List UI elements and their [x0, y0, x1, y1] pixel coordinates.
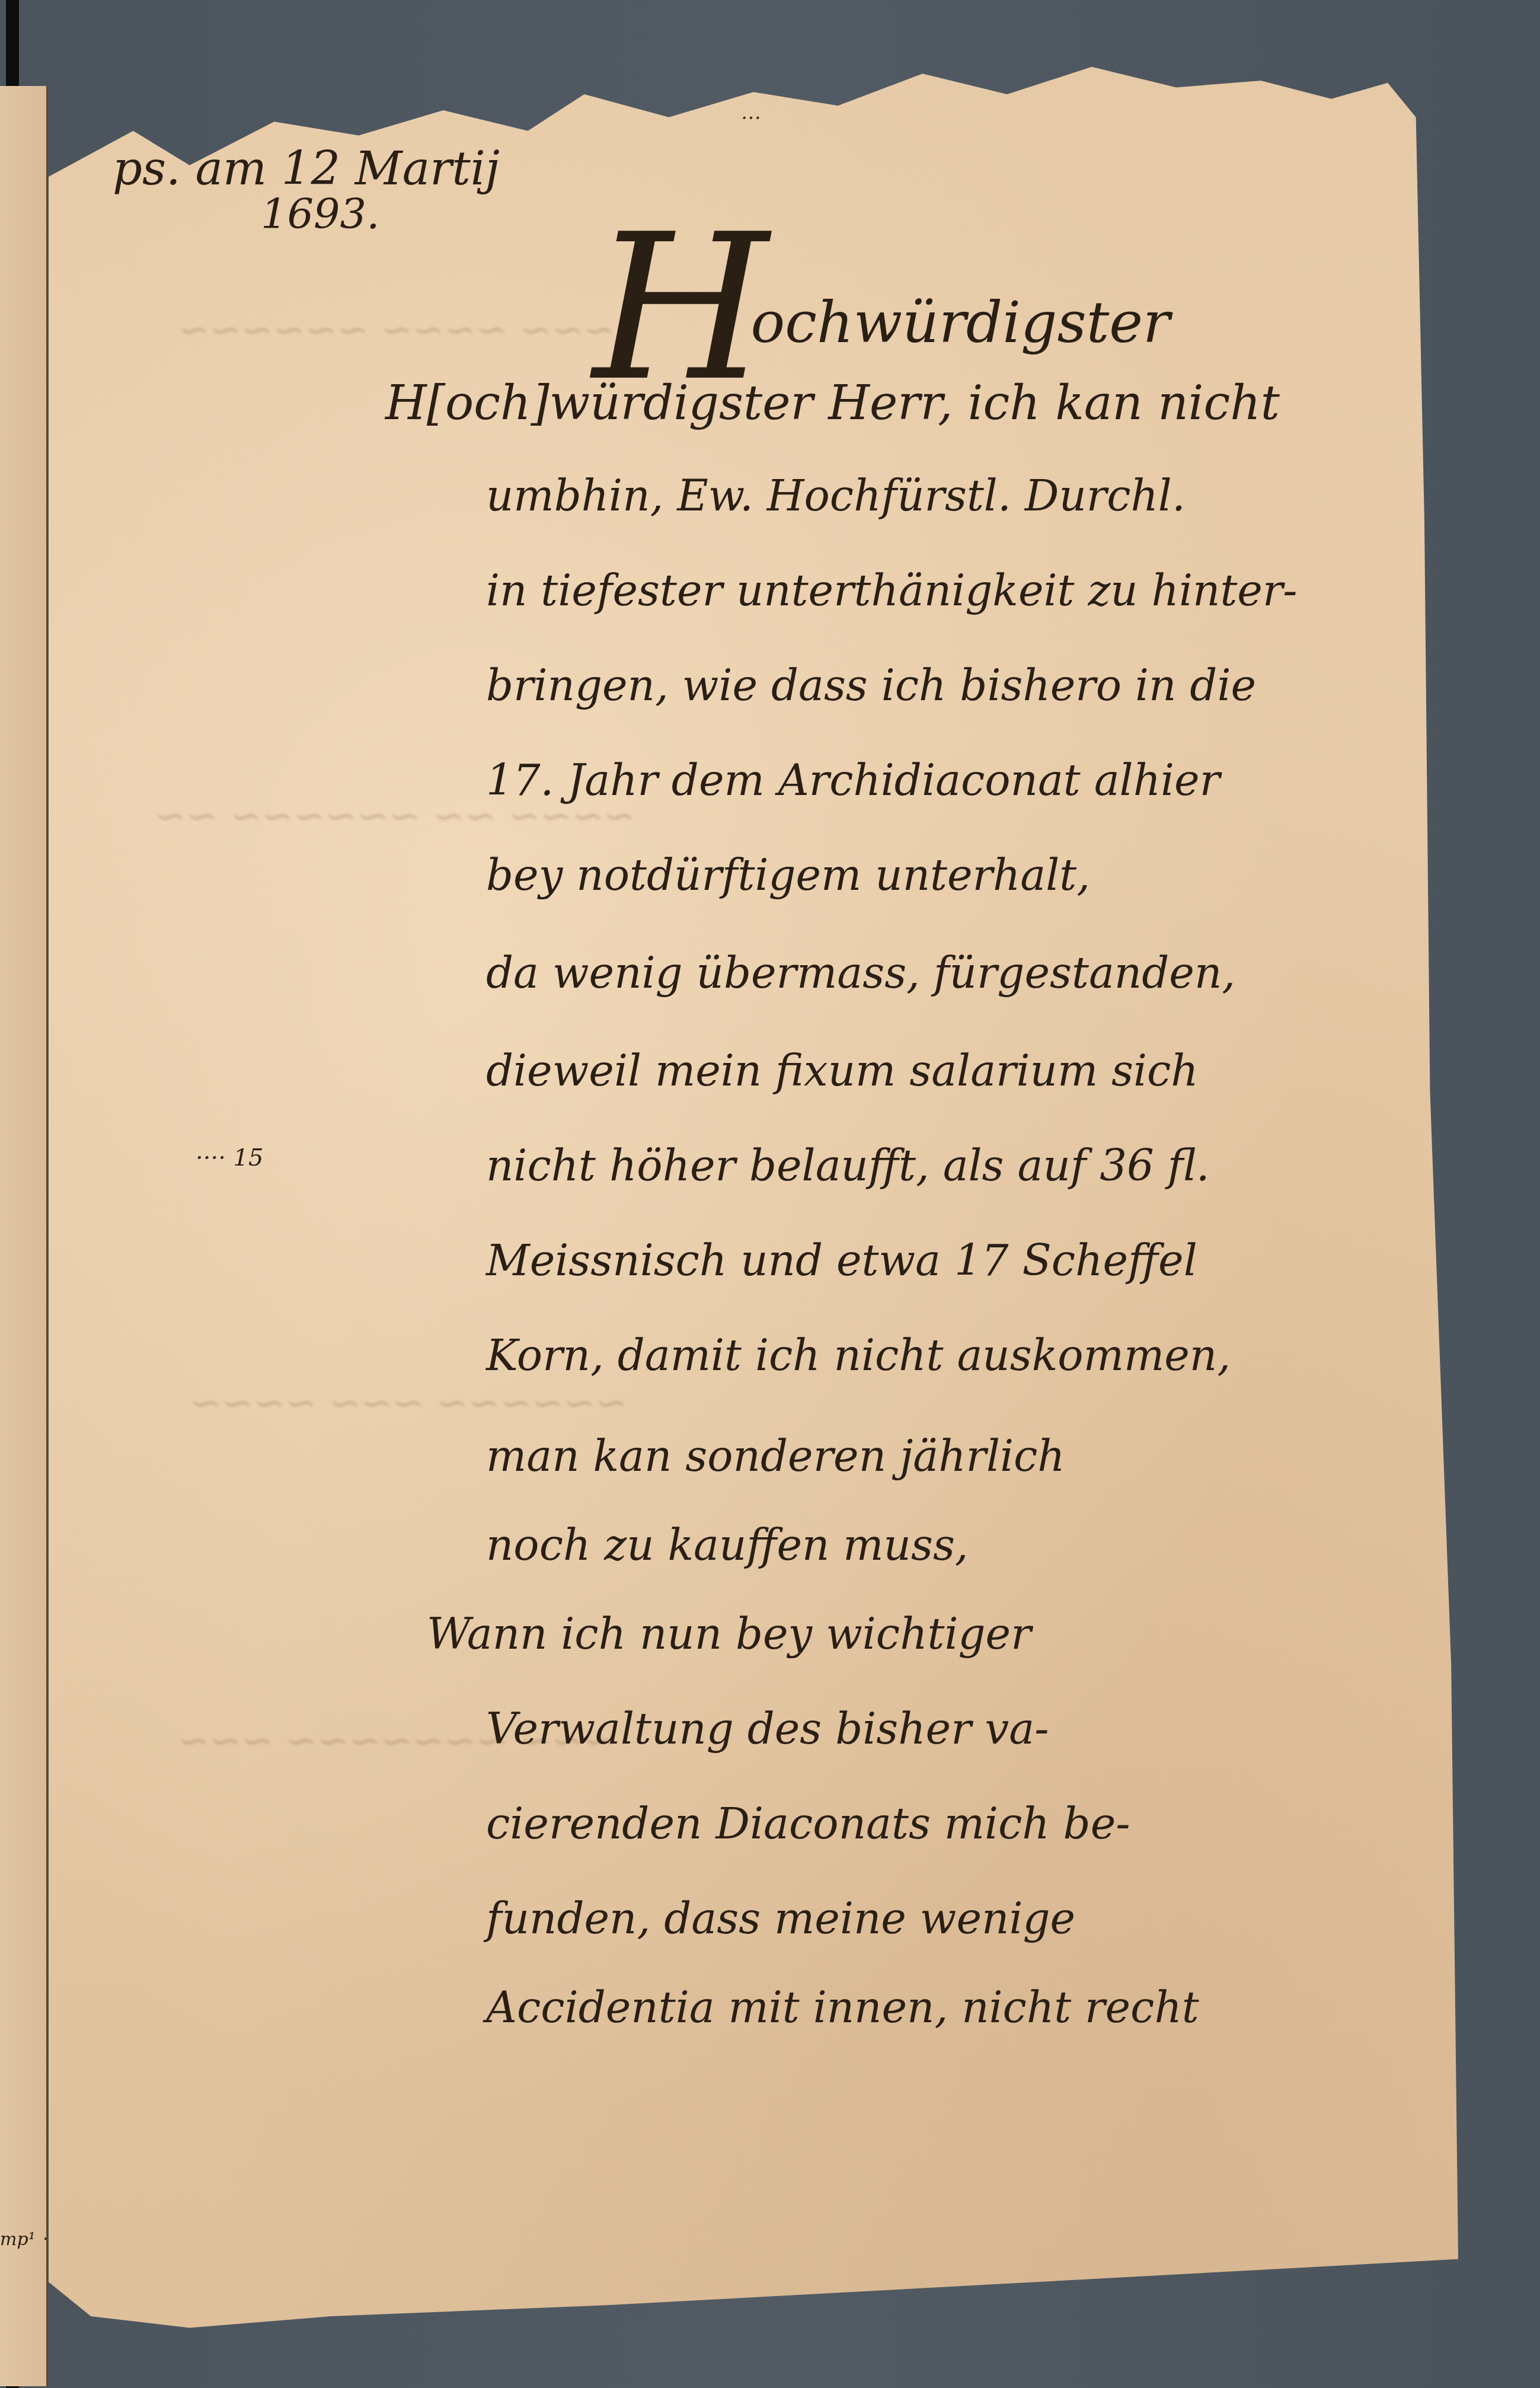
- letter-line: da wenig übermass, fürgestanden,: [486, 952, 1235, 994]
- letter-line: Wann ich nun bey wichtiger: [427, 1613, 1031, 1655]
- letter-line: bringen, wie dass ich bishero in die: [486, 664, 1256, 707]
- letter-line: funden, dass meine wenige: [486, 1897, 1075, 1940]
- top-mark: …: [741, 101, 761, 124]
- margin-mark: ···· 15: [196, 1144, 263, 1171]
- receipt-note-year: 1693.: [261, 190, 379, 238]
- letter-line: Accidentia mit innen, nicht recht: [486, 1986, 1199, 2029]
- receipt-note-date: ps. am 12 Martij: [113, 142, 500, 196]
- letter-line: 17. Jahr dem Archidiaconat alhier: [486, 759, 1220, 802]
- letter-line: Meissnisch und etwa 17 Scheffel: [486, 1239, 1197, 1282]
- previous-page-edge: [0, 86, 48, 2386]
- letter-line: noch zu kauffen muss,: [486, 1524, 969, 1566]
- letter-line: in tiefester unterthänigkeit zu hinter-: [486, 569, 1298, 612]
- letter-line: nicht höher belaufft, als auf 36 fl.: [486, 1144, 1210, 1187]
- salutation-text: ochwürdigster: [751, 289, 1170, 356]
- letter-line: Korn, damit ich nicht auskommen,: [486, 1334, 1231, 1377]
- letter-line: H[och]würdigster Herr, ich kan nicht: [385, 379, 1280, 427]
- letter-line: umbhin, Ew. Hochfürstl. Durchl.: [486, 474, 1186, 517]
- letter-line: dieweil mein fixum salarium sich: [486, 1049, 1199, 1092]
- bleed-through-text: ~~~~~~ ~~~ ~~~~: [190, 1381, 627, 1425]
- previous-page-note: mp¹ ‧‧ ein: [0, 2229, 53, 2250]
- letter-line: Verwaltung des bisher va-: [486, 1707, 1049, 1750]
- bleed-through-text: ~~~ ~~~~ ~~~~~~: [178, 308, 615, 352]
- letter-line: bey notdürftigem unterhalt,: [486, 854, 1090, 896]
- letter-line: cierenden Diaconats mich be-: [486, 1802, 1130, 1845]
- letter-line: man kan sonderen jährlich: [486, 1435, 1065, 1477]
